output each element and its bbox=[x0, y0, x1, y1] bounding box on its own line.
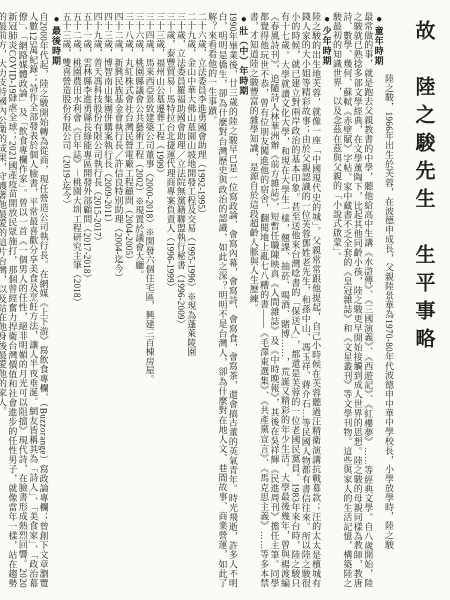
timeline-item: 三十六歲，桃園縣議會公共藝術工程（2002）※現置於議會大廳。 bbox=[134, 12, 144, 588]
bullet-icon: ● bbox=[51, 14, 62, 26]
section-heading-final: ●最後時期 bbox=[51, 12, 61, 588]
section-heading-youth: ●少年時期 bbox=[321, 12, 331, 588]
timeline-item: 三十歲，泰豐貿易－馬特拉台北捷運代理商專案負責人（1996-1999） bbox=[165, 12, 175, 588]
section-label: 童年時期 bbox=[374, 26, 384, 66]
timeline-item: 二十六歲，立法委員李進勇國會助理（1992-1995） bbox=[196, 12, 206, 588]
section-body-childhood: 最常做的事，就是跑去父親教書的中學，聽他給高中生講《水滸傳》、《三國演義》、《西… bbox=[332, 12, 374, 588]
bullet-icon: ● bbox=[322, 14, 333, 26]
intro-paragraph: 陸之駿，1966年出生於芙蓉，在波德申成長，父親陸景華為1970-80年代波德申… bbox=[384, 12, 394, 588]
document-title: 故 陸之駿先生 生平事略 bbox=[406, 12, 440, 588]
section-body-youth: 陸之駿的出生地芙蓉，就像一座「中國現代史的城」。父親常常跟他提起，自己小時候在芙… bbox=[248, 12, 321, 588]
timeline-item: 三十四歲，馬來西亞景致建築公司董事（2000-2018）※開發六個住宅區，興建三… bbox=[144, 12, 154, 588]
timeline-item: 四十九歲，普天馮科技股份有限公司執行長（2015-2017） bbox=[92, 12, 102, 588]
section-heading-childhood: ●童年時期 bbox=[373, 12, 383, 588]
timeline-item: 三十八歲，丸紅株式會社台灣民營電廠工程顧問（2004-2005） bbox=[123, 12, 133, 588]
section-label: 壯（中）年時期 bbox=[238, 26, 248, 96]
timeline-item: 五十二歲，桃園農田水利會《百年誌》－桃園大圳工程研究主筆（2018） bbox=[71, 12, 81, 588]
timeline-item: 五十三歲，雙喜營造股份有限公司（2019-迄今） bbox=[61, 12, 71, 588]
timeline-item: 四十三歲，博智南山集團併購案執行長（2009-2011） bbox=[103, 12, 113, 588]
bullet-icon: ● bbox=[374, 14, 385, 26]
bullet-icon: ● bbox=[238, 14, 249, 26]
section-body-midlife: 1990年畢業後，廿三歲的陸之駿早已是一位寫政論、會寫內幕，會寫詩，會寫食，會寫… bbox=[207, 12, 238, 588]
section-label: 最後時期 bbox=[51, 26, 61, 66]
timeline-item: 四十二歲，新興民族基金會執行長／許信良特別助理（2004-迄今） bbox=[113, 12, 123, 588]
section-body-final: 自2000年代起，陸之駿開始轉為從商，現任營造公司執行長。在網媒《上下游》寫飲食… bbox=[0, 12, 49, 588]
section-heading-midlife: ●壯（中）年時期 bbox=[238, 12, 248, 588]
timeline-item: 二十九歲，金山中華大佛山墓園山坡地開發工程及交易（1995-1996）※現為蓬萊… bbox=[186, 12, 196, 588]
timeline-item: 三十歲，立法委員羅福助國會助理／立法院無黨籍聯盟執行秘書（1996-2009） bbox=[175, 12, 185, 588]
section-label: 少年時期 bbox=[322, 26, 332, 66]
timeline-item: 三十三歲，福州山公墓遷葬工程（1999） bbox=[155, 12, 165, 588]
timeline-item: 五十一歲，雲林縣李進勇縣長綠能專區開發外部顧問（2017-2018） bbox=[82, 12, 92, 588]
document-page: 故 陸之駿先生 生平事略 陸之駿，1966年出生於芙蓉，在波德申成長，父親陸景華… bbox=[0, 0, 450, 600]
